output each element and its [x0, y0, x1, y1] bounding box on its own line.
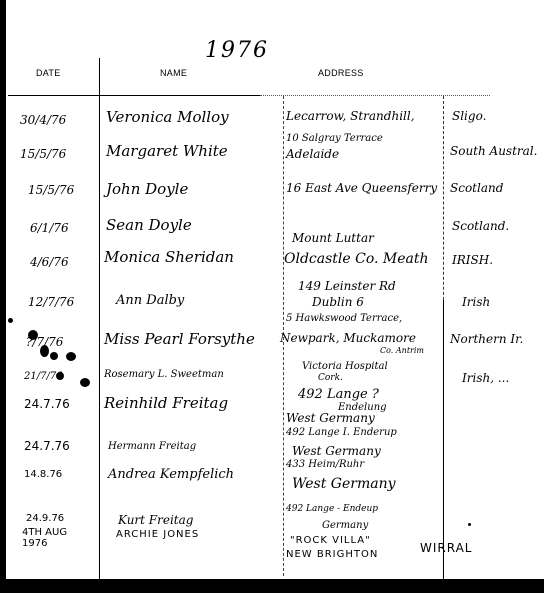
entry-name: Reinhild Freitag — [104, 396, 228, 412]
entry-name: ARCHIE JONES — [116, 530, 226, 541]
entry-address: 433 Heim/Ruhr — [286, 460, 364, 471]
entry-name: Andrea Kempfelich — [108, 468, 234, 482]
entry-address: 149 Leinster Rd — [298, 280, 396, 293]
entry-name: Rosemary L. Sweetman — [104, 370, 224, 381]
entry-name: John Doyle — [106, 182, 188, 198]
entry-country: WIRRAL — [420, 542, 473, 555]
entry-address: Oldcastle Co. Meath — [284, 252, 429, 267]
entry-address: 5 Hawkswood Terrace, — [286, 314, 402, 325]
entry-country: Northern Ir. — [450, 333, 523, 346]
entry-date: 4/6/76 — [30, 256, 69, 269]
entry-country: Scotland — [450, 182, 503, 195]
date-column-divider — [99, 58, 100, 579]
entry-address: 492 Lange - Endeup — [286, 505, 378, 514]
scan-edge-left — [0, 0, 6, 593]
entry-address: 10 Salgray Terrace — [286, 134, 383, 145]
guestbook-page: 1976 DATE NAME ADDRESS 30/4/76 Veronica … — [0, 0, 544, 593]
entry-address: 492 Lange ? — [298, 388, 379, 402]
ink-blot — [66, 352, 76, 361]
entry-name: Hermann Freitag — [108, 442, 196, 453]
entry-address: 492 Lange I. Enderup — [286, 428, 397, 439]
entry-address: Victoria Hospital — [302, 362, 388, 373]
entry-date: 12/7/76 — [28, 296, 74, 309]
entry-date: 4TH AUG 1976 — [22, 528, 92, 549]
column-header-date: DATE — [36, 68, 61, 78]
entry-date: 6/1/76 — [30, 222, 69, 235]
column-header-name: NAME — [160, 68, 187, 78]
entry-address-line2: West Germany — [292, 477, 396, 492]
country-column-divider-solid — [443, 300, 444, 579]
header-rule-dotted — [260, 95, 490, 96]
entry-address-line2: Germany — [322, 521, 368, 532]
scan-edge-bottom — [0, 579, 544, 593]
entry-date: 14.8.76 — [24, 470, 62, 481]
entry-address-line3: Co. Antrim — [380, 347, 424, 355]
entry-address-line2: Adelaide — [286, 148, 339, 161]
entry-date: 30/4/76 — [20, 114, 66, 127]
entry-country: South Austral. — [450, 145, 537, 158]
ink-blot — [8, 318, 13, 323]
entry-address: "ROCK VILLA" — [290, 536, 371, 547]
entry-address-line2: Cork. — [318, 374, 343, 383]
entry-address: 16 East Ave Queensferry — [286, 182, 437, 195]
entry-date: 24.9.76 — [26, 514, 64, 525]
entry-country: Irish — [462, 296, 490, 309]
entry-name: Veronica Molloy — [106, 110, 229, 126]
entry-date: 24.7.76 — [24, 440, 70, 453]
entry-address-line2: Dublin 6 — [312, 296, 364, 309]
entry-country: Sligo. — [452, 110, 486, 123]
ink-blot — [80, 378, 90, 387]
ink-blot — [40, 345, 49, 357]
ink-blot — [28, 330, 38, 340]
page-year: 1976 — [205, 38, 269, 63]
entry-name: Monica Sheridan — [104, 250, 234, 266]
entry-address-line2: Newpark, Muckamore — [280, 332, 416, 345]
entry-address-line2: NEW BRIGHTON — [286, 550, 378, 561]
entry-address: Mount Luttar — [292, 232, 374, 245]
entry-country: Scotland. — [452, 220, 509, 233]
ink-blot — [468, 523, 471, 526]
entry-address: Lecarrow, Strandhill, — [286, 110, 415, 123]
entry-country: IRISH. — [452, 254, 493, 267]
column-header-address: ADDRESS — [318, 68, 364, 78]
entry-name: Miss Pearl Forsythe — [104, 332, 255, 348]
ink-blot — [50, 352, 58, 360]
entry-name: Margaret White — [106, 144, 228, 160]
ink-blot — [56, 372, 64, 380]
entry-country: Irish, ... — [462, 372, 509, 385]
entry-name: Kurt Freitag — [118, 514, 193, 527]
header-rule — [8, 95, 260, 96]
entry-name: Sean Doyle — [106, 218, 192, 234]
entry-address-line3: West Germany — [286, 412, 375, 425]
entry-date: 15/5/76 — [20, 148, 66, 161]
entry-date: 24.7.76 — [24, 398, 70, 411]
entry-name: Ann Dalby — [116, 294, 184, 308]
entry-date: 15/5/76 — [28, 184, 74, 197]
entry-address-line2: West Germany — [292, 445, 381, 458]
